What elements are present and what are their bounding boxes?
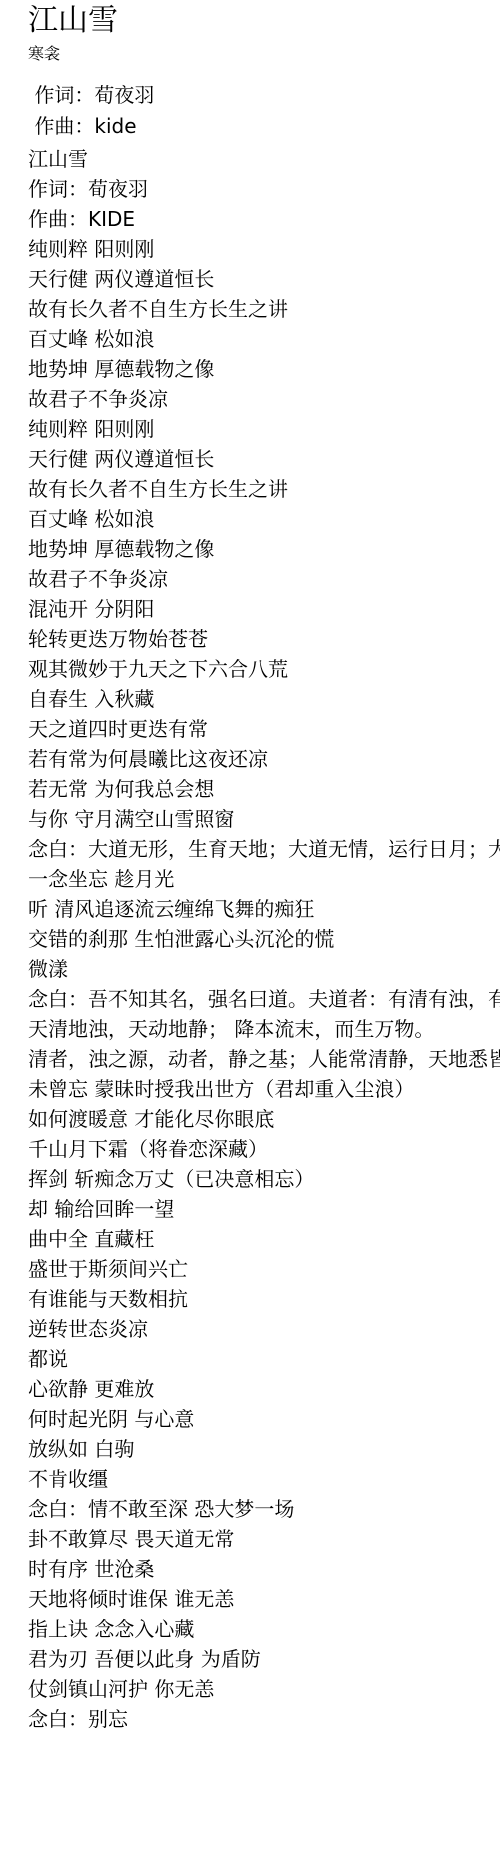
lyric-line: 曲中全 直藏枉	[28, 1224, 500, 1254]
lyric-line: 混沌开 分阴阳	[28, 594, 500, 624]
lyric-line: 天行健 两仪遵道恒长	[28, 444, 500, 474]
lyric-line: 未曾忘 蒙昧时授我出世方（君却重入尘浪）	[28, 1074, 500, 1104]
lyric-line: 千山月下霜（将眷恋深藏）	[28, 1134, 500, 1164]
lyric-line: 听 清风追逐流云缠绵飞舞的痴狂	[28, 894, 500, 924]
lyric-line: 天行健 两仪遵道恒长	[28, 264, 500, 294]
lyric-line: 仗剑镇山河护 你无恙	[28, 1674, 500, 1704]
lyric-line: 百丈峰 松如浪	[28, 324, 500, 354]
lyric-line: 一念坐忘 趁月光	[28, 864, 500, 894]
composer-credit: 作曲：kide	[28, 111, 500, 142]
lyric-line: 不肯收缰	[28, 1464, 500, 1494]
lyric-line: 江山雪	[28, 144, 500, 174]
song-title: 江山雪	[28, 2, 500, 40]
lyrics-body: 江山雪作词：荀夜羽作曲：KIDE纯则粹 阳则刚天行健 两仪遵道恒长故有长久者不自…	[28, 144, 500, 1734]
lyric-line: 地势坤 厚德载物之像	[28, 534, 500, 564]
lyric-line: 作词：荀夜羽	[28, 174, 500, 204]
lyricist-credit: 作词：荀夜羽	[28, 80, 500, 111]
lyric-line: 故君子不争炎凉	[28, 384, 500, 414]
lyric-line: 君为刃 吾便以此身 为盾防	[28, 1644, 500, 1674]
lyric-line: 都说	[28, 1344, 500, 1374]
artist-name: 寒衾	[28, 44, 500, 64]
lyric-line: 念白：情不敢至深 恐大梦一场	[28, 1494, 500, 1524]
lyric-line: 若无常 为何我总会想	[28, 774, 500, 804]
lyric-line: 指上诀 念念入心藏	[28, 1614, 500, 1644]
lyric-line: 纯则粹 阳则刚	[28, 414, 500, 444]
lyric-line: 心欲静 更难放	[28, 1374, 500, 1404]
lyric-line: 轮转更迭万物始苍苍	[28, 624, 500, 654]
lyric-line: 何时起光阴 与心意	[28, 1404, 500, 1434]
lyric-line: 念白：吾不知其名，强名曰道。夫道者：有清有浊，有	[28, 984, 500, 1014]
lyric-line: 挥剑 斩痴念万丈（已决意相忘）	[28, 1164, 500, 1194]
lyric-line: 放纵如 白驹	[28, 1434, 500, 1464]
credits-block: 作词：荀夜羽 作曲：kide	[28, 80, 500, 142]
lyric-line: 纯则粹 阳则刚	[28, 234, 500, 264]
lyrics-page: 江山雪 寒衾 作词：荀夜羽 作曲：kide 江山雪作词：荀夜羽作曲：KIDE纯则…	[0, 0, 500, 1734]
lyric-line: 念白：大道无形，生育天地；大道无情，运行日月；大	[28, 834, 500, 864]
lyric-line: 卦不敢算尽 畏天道无常	[28, 1524, 500, 1554]
lyric-line: 故有长久者不自生方长生之讲	[28, 294, 500, 324]
lyric-line: 时有序 世沧桑	[28, 1554, 500, 1584]
lyric-line: 盛世于斯须间兴亡	[28, 1254, 500, 1284]
lyric-line: 与你 守月满空山雪照窗	[28, 804, 500, 834]
lyric-line: 地势坤 厚德载物之像	[28, 354, 500, 384]
lyric-line: 自春生 入秋藏	[28, 684, 500, 714]
lyric-line: 作曲：KIDE	[28, 204, 500, 234]
lyric-line: 却 输给回眸一望	[28, 1194, 500, 1224]
lyric-line: 天清地浊，天动地静； 降本流末，而生万物。	[28, 1014, 500, 1044]
lyric-line: 交错的刹那 生怕泄露心头沉沦的慌	[28, 924, 500, 954]
lyric-line: 故君子不争炎凉	[28, 564, 500, 594]
lyric-line: 天之道四时更迭有常	[28, 714, 500, 744]
lyric-line: 清者，浊之源，动者，静之基；人能常清静，天地悉皆	[28, 1044, 500, 1074]
lyric-line: 百丈峰 松如浪	[28, 504, 500, 534]
lyric-line: 天地将倾时谁保 谁无恙	[28, 1584, 500, 1614]
lyric-line: 若有常为何晨曦比这夜还凉	[28, 744, 500, 774]
lyric-line: 如何渡暖意 才能化尽你眼底	[28, 1104, 500, 1134]
lyric-line: 观其微妙于九天之下六合八荒	[28, 654, 500, 684]
lyric-line: 有谁能与天数相抗	[28, 1284, 500, 1314]
lyric-line: 故有长久者不自生方长生之讲	[28, 474, 500, 504]
lyric-line: 念白：别忘	[28, 1704, 500, 1734]
lyric-line: 逆转世态炎凉	[28, 1314, 500, 1344]
lyric-line: 微漾	[28, 954, 500, 984]
